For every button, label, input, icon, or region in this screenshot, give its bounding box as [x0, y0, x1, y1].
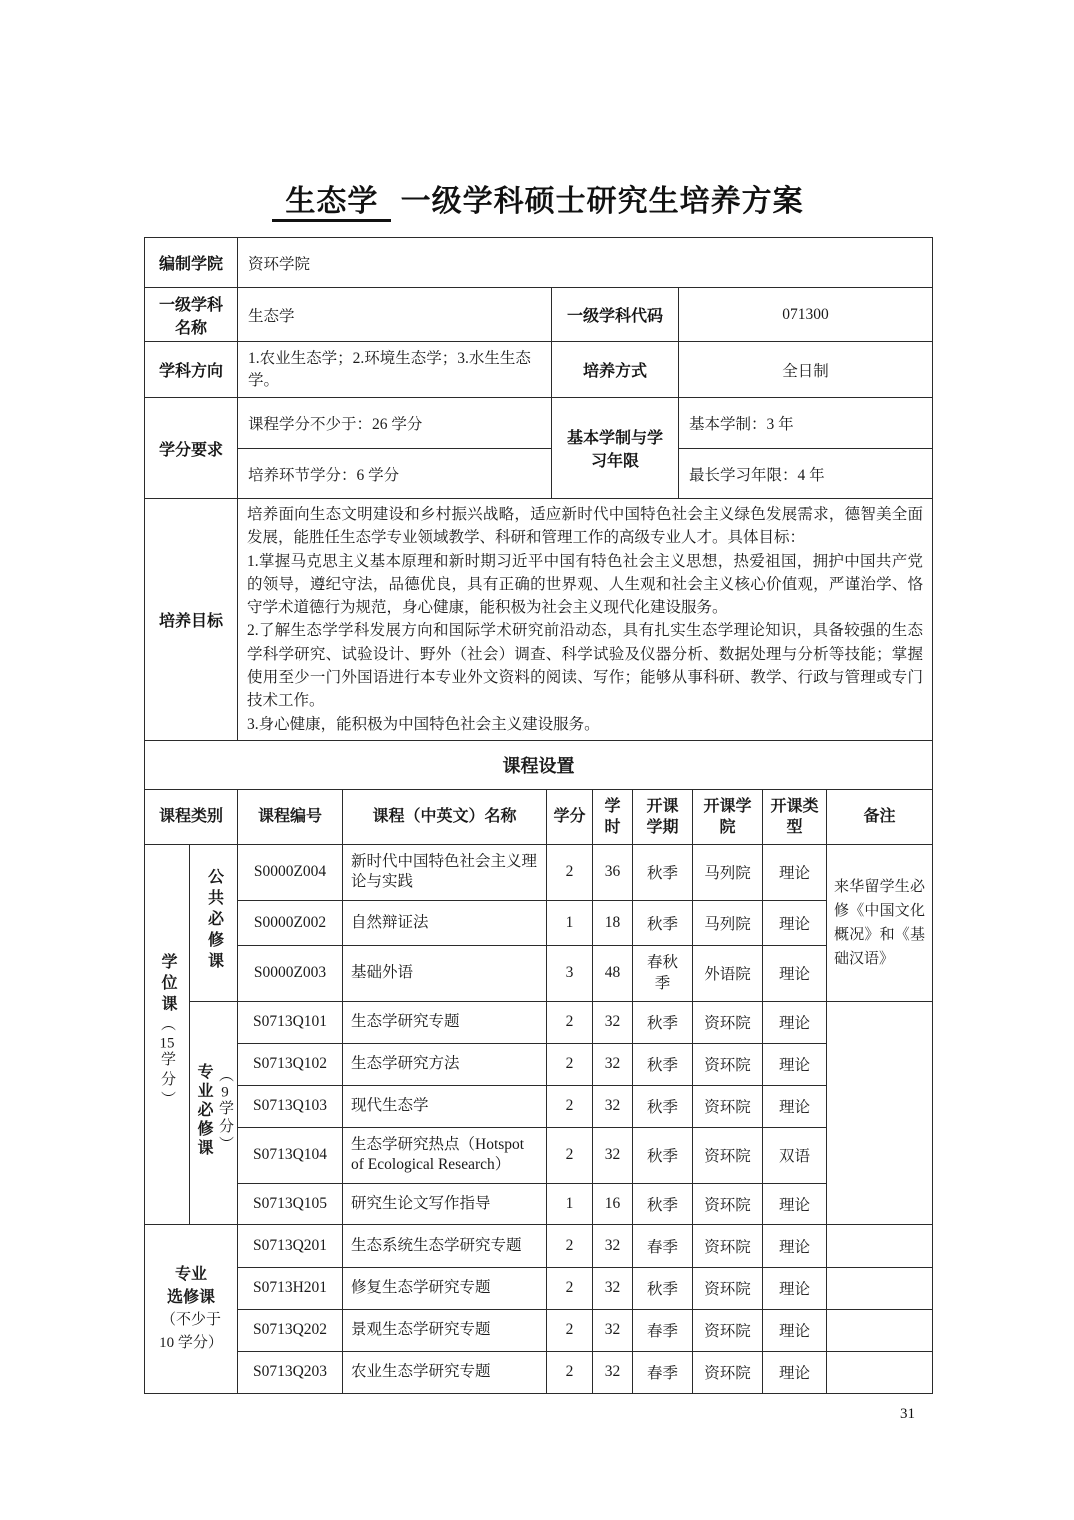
table-row: S0713Q202 景观生态学研究专题 2 32 春季 资环院 理论 — [145, 1309, 933, 1351]
course-college: 资环院 — [693, 1001, 763, 1043]
course-college: 资环院 — [693, 1309, 763, 1351]
course-credits: 3 — [547, 945, 593, 1001]
course-college: 资环院 — [693, 1224, 763, 1267]
objectives-paragraph: 1.掌握马克思主义基本原理和新时期习近平中国有特色社会主义思想，热爱祖国，拥护中… — [247, 550, 923, 620]
course-semester: 秋季 — [633, 1043, 693, 1085]
course-name: 生态学研究专题 — [343, 1001, 547, 1043]
course-type: 双语 — [763, 1127, 827, 1183]
course-name: 现代生态学 — [343, 1085, 547, 1127]
course-college: 资环院 — [693, 1351, 763, 1393]
course-semester: 春季 — [633, 1224, 693, 1267]
curriculum-section-title: 课程设置 — [145, 740, 933, 789]
degree-courses-label: 学位课（15学分） — [156, 953, 178, 1111]
table-row: S0713Q105 研究生论文写作指导 1 16 秋季 资环院 理论 — [145, 1183, 933, 1224]
course-credits: 1 — [547, 900, 593, 945]
major-required-label: 专业必修课 （9学分） — [192, 1063, 236, 1158]
header-remarks: 备注 — [827, 789, 933, 844]
course-code: S0713Q101 — [238, 1001, 343, 1043]
group-degree-courses: 学位课（15学分） — [145, 844, 190, 1224]
training-mode-label: 培养方式 — [552, 342, 679, 398]
course-code: S0000Z002 — [238, 900, 343, 945]
table-row: 学科方向 1.农业生态学；2.环境生态学；3.水生生态学。 培养方式 全日制 — [145, 342, 933, 398]
header-hours: 学时 — [593, 789, 633, 844]
table-row: 培养环节学分：6 学分 最长学习年限：4 年 — [145, 449, 933, 499]
course-name: 农业生态学研究专题 — [343, 1351, 547, 1393]
course-type: 理论 — [763, 1183, 827, 1224]
course-type: 理论 — [763, 1224, 827, 1267]
objectives-label: 培养目标 — [145, 499, 238, 741]
schooling-label: 基本学制与学习年限 — [552, 398, 679, 499]
public-required-label: 公共必修课 — [203, 868, 225, 973]
course-semester: 秋季 — [633, 1183, 693, 1224]
course-code: S0713Q105 — [238, 1183, 343, 1224]
credit-req-label: 学分要求 — [145, 398, 238, 499]
course-hours: 32 — [593, 1043, 633, 1085]
compiling-college-label: 编制学院 — [145, 238, 238, 288]
document-content: 生态学 一级学科硕士研究生培养方案 编制学院 资环学院 一级学科名称 生态学 一… — [144, 184, 932, 1394]
credit-req-training: 培养环节学分：6 学分 — [238, 449, 552, 499]
course-hours: 32 — [593, 1267, 633, 1309]
course-code: S0713Q104 — [238, 1127, 343, 1183]
course-code: S0713Q103 — [238, 1085, 343, 1127]
objectives-paragraph: 培养面向生态文明建设和乡村振兴战略，适应新时代中国特色社会主义绿色发展需求，德智… — [247, 503, 923, 550]
course-credits: 2 — [547, 1351, 593, 1393]
course-hours: 32 — [593, 1309, 633, 1351]
course-hours: 32 — [593, 1085, 633, 1127]
course-semester: 春季 — [633, 1309, 693, 1351]
credit-req-course: 课程学分不少于：26 学分 — [238, 398, 552, 449]
objectives-paragraph: 2.了解生态学学科发展方向和国际学术研究前沿动态，具有扎实生态学理论知识，具备较… — [247, 619, 923, 712]
course-semester: 秋季 — [633, 1267, 693, 1309]
training-mode-value: 全日制 — [679, 342, 933, 398]
remark-cell — [827, 1309, 933, 1351]
title-rest: 一级学科硕士研究生培养方案 — [391, 185, 803, 218]
program-info-table: 编制学院 资环学院 一级学科名称 生态学 一级学科代码 071300 学科方向 … — [144, 237, 933, 741]
page-title: 生态学 一级学科硕士研究生培养方案 — [144, 184, 932, 220]
course-code: S0713H201 — [238, 1267, 343, 1309]
course-college: 外语院 — [693, 945, 763, 1001]
group-elective-courses: 专业 选修课 （不少于 10 学分） — [145, 1224, 238, 1393]
schooling-max: 最长学习年限：4 年 — [679, 449, 933, 499]
table-row: 专业 选修课 （不少于 10 学分） S0713Q201 生态系统生态学研究专题… — [145, 1224, 933, 1267]
header-semester: 开课学期 — [633, 789, 693, 844]
course-code: S0713Q201 — [238, 1224, 343, 1267]
course-hours: 32 — [593, 1351, 633, 1393]
course-credits: 2 — [547, 1224, 593, 1267]
table-row: S0713Q203 农业生态学研究专题 2 32 春季 资环院 理论 — [145, 1351, 933, 1393]
group-public-required: 公共必修课 — [190, 844, 238, 1001]
course-type: 理论 — [763, 1351, 827, 1393]
course-name: 景观生态学研究专题 — [343, 1309, 547, 1351]
header-category: 课程类别 — [145, 789, 238, 844]
table-row: S0000Z002 自然辩证法 1 18 秋季 马列院 理论 — [145, 900, 933, 945]
directions-value: 1.农业生态学；2.环境生态学；3.水生生态学。 — [238, 342, 552, 398]
header-credits: 学分 — [547, 789, 593, 844]
compiling-college-value: 资环学院 — [238, 238, 933, 288]
course-semester: 秋季 — [633, 1001, 693, 1043]
header-type: 开课类型 — [763, 789, 827, 844]
course-hours: 16 — [593, 1183, 633, 1224]
table-row: 一级学科名称 生态学 一级学科代码 071300 — [145, 288, 933, 342]
course-college: 资环院 — [693, 1127, 763, 1183]
table-row: 编制学院 资环学院 — [145, 238, 933, 288]
course-semester: 秋季 — [633, 844, 693, 900]
course-hours: 48 — [593, 945, 633, 1001]
group-major-required: 专业必修课 （9学分） — [190, 1001, 238, 1224]
course-type: 理论 — [763, 1309, 827, 1351]
course-name: 研究生论文写作指导 — [343, 1183, 547, 1224]
course-code: S0000Z004 — [238, 844, 343, 900]
remark-public-required: 来华留学生必修《中国文化概况》和《基础汉语》 — [827, 844, 933, 1001]
table-row: S0000Z003 基础外语 3 48 春秋季 外语院 理论 — [145, 945, 933, 1001]
course-name: 新时代中国特色社会主义理论与实践 — [343, 844, 547, 900]
course-hours: 32 — [593, 1224, 633, 1267]
course-semester: 春秋季 — [633, 945, 693, 1001]
course-name: 基础外语 — [343, 945, 547, 1001]
course-type: 理论 — [763, 1085, 827, 1127]
header-college: 开课学院 — [693, 789, 763, 844]
course-type: 理论 — [763, 1267, 827, 1309]
course-code: S0000Z003 — [238, 945, 343, 1001]
course-semester: 秋季 — [633, 900, 693, 945]
course-college: 马列院 — [693, 844, 763, 900]
remark-cell — [827, 1267, 933, 1309]
course-credits: 2 — [547, 1085, 593, 1127]
remark-cell — [827, 1351, 933, 1393]
table-row: 学位课（15学分） 公共必修课 S0000Z004 新时代中国特色社会主义理论与… — [145, 844, 933, 900]
course-name: 生态系统生态学研究专题 — [343, 1224, 547, 1267]
header-code: 课程编号 — [238, 789, 343, 844]
course-credits: 2 — [547, 1127, 593, 1183]
discipline-code-value: 071300 — [679, 288, 933, 342]
course-name: 修复生态学研究专题 — [343, 1267, 547, 1309]
course-name: 生态学研究方法 — [343, 1043, 547, 1085]
document-page: 生态学 一级学科硕士研究生培养方案 编制学院 资环学院 一级学科名称 生态学 一… — [0, 0, 1074, 1520]
discipline-code-label: 一级学科代码 — [552, 288, 679, 342]
course-hours: 32 — [593, 1127, 633, 1183]
course-college: 资环院 — [693, 1267, 763, 1309]
course-hours: 36 — [593, 844, 633, 900]
course-credits: 2 — [547, 1309, 593, 1351]
table-row: 专业必修课 （9学分） S0713Q101 生态学研究专题 2 32 秋季 资环… — [145, 1001, 933, 1043]
course-credits: 2 — [547, 1043, 593, 1085]
course-name: 自然辩证法 — [343, 900, 547, 945]
remark-major-required — [827, 1001, 933, 1224]
table-row: 学分要求 课程学分不少于：26 学分 基本学制与学习年限 基本学制：3 年 — [145, 398, 933, 449]
course-code: S0713Q203 — [238, 1351, 343, 1393]
objectives-text: 培养面向生态文明建设和乡村振兴战略，适应新时代中国特色社会主义绿色发展需求，德智… — [238, 499, 933, 741]
course-code: S0713Q102 — [238, 1043, 343, 1085]
page-number: 31 — [900, 1406, 915, 1423]
course-credits: 2 — [547, 1267, 593, 1309]
remark-cell — [827, 1224, 933, 1267]
directions-label: 学科方向 — [145, 342, 238, 398]
objectives-paragraph: 3.身心健康，能积极为中国特色社会主义建设服务。 — [247, 713, 923, 736]
course-type: 理论 — [763, 945, 827, 1001]
course-credits: 2 — [547, 844, 593, 900]
table-row: S0713Q104 生态学研究热点（Hotspot of Ecological … — [145, 1127, 933, 1183]
course-credits: 2 — [547, 1001, 593, 1043]
title-underlined-discipline: 生态学 — [272, 185, 391, 222]
course-college: 资环院 — [693, 1183, 763, 1224]
course-semester: 秋季 — [633, 1127, 693, 1183]
course-code: S0713Q202 — [238, 1309, 343, 1351]
header-name: 课程（中英文）名称 — [343, 789, 547, 844]
course-hours: 18 — [593, 900, 633, 945]
course-college: 资环院 — [693, 1043, 763, 1085]
course-credits: 1 — [547, 1183, 593, 1224]
table-row: 课程类别 课程编号 课程（中英文）名称 学分 学时 开课学期 开课学院 开课类型… — [145, 789, 933, 844]
table-row: S0713Q102 生态学研究方法 2 32 秋季 资环院 理论 — [145, 1043, 933, 1085]
table-row: 课程设置 — [145, 740, 933, 789]
course-type: 理论 — [763, 1001, 827, 1043]
course-semester: 秋季 — [633, 1085, 693, 1127]
table-row: S0713Q103 现代生态学 2 32 秋季 资环院 理论 — [145, 1085, 933, 1127]
table-row: S0713H201 修复生态学研究专题 2 32 秋季 资环院 理论 — [145, 1267, 933, 1309]
discipline-name-label: 一级学科名称 — [145, 288, 238, 342]
course-type: 理论 — [763, 900, 827, 945]
course-college: 马列院 — [693, 900, 763, 945]
course-hours: 32 — [593, 1001, 633, 1043]
schooling-basic: 基本学制：3 年 — [679, 398, 933, 449]
table-row: 培养目标 培养面向生态文明建设和乡村振兴战略，适应新时代中国特色社会主义绿色发展… — [145, 499, 933, 741]
course-semester: 春季 — [633, 1351, 693, 1393]
course-name: 生态学研究热点（Hotspot of Ecological Research） — [343, 1127, 547, 1183]
course-type: 理论 — [763, 844, 827, 900]
course-type: 理论 — [763, 1043, 827, 1085]
course-college: 资环院 — [693, 1085, 763, 1127]
curriculum-table: 课程设置 课程类别 课程编号 课程（中英文）名称 学分 学时 开课学期 开课学院… — [144, 740, 933, 1394]
discipline-name-value: 生态学 — [238, 288, 552, 342]
